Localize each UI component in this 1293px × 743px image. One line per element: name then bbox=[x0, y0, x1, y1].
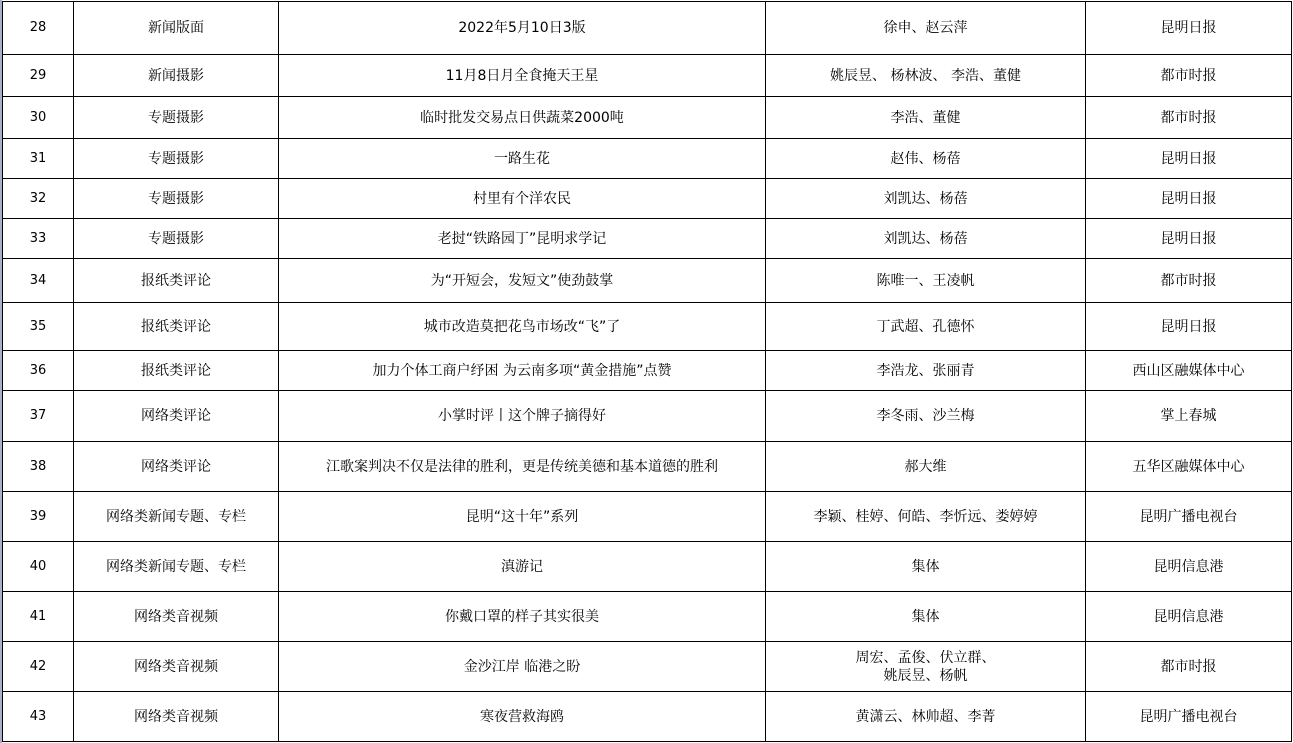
submitting-unit-cell[interactable]: 西山区融媒体中心 bbox=[1086, 351, 1292, 391]
category-cell[interactable]: 网络类评论 bbox=[74, 442, 279, 492]
work-title-cell[interactable]: 江歌案判决不仅是法律的胜利，更是传统美德和基本道德的胜利 bbox=[279, 442, 766, 492]
work-title-cell[interactable]: 金沙江岸 临港之盼 bbox=[279, 642, 766, 692]
table-row: 37网络类评论小掌时评丨这个牌子摘得好李冬雨、沙兰梅掌上春城 bbox=[3, 391, 1292, 442]
table-row: 36报纸类评论加力个体工商户纾困 为云南多项“黄金措施”点赞李浩龙、张丽青西山区… bbox=[3, 351, 1292, 391]
row-number-cell[interactable]: 29 bbox=[3, 55, 74, 97]
table-row: 43网络类音视频寒夜营救海鸥黄潇云、林帅超、李菁昆明广播电视台 bbox=[3, 692, 1292, 742]
table-row: 33专题摄影老挝“铁路园丁”昆明求学记刘凯达、杨蓓昆明日报 bbox=[3, 219, 1292, 259]
category-cell[interactable]: 专题摄影 bbox=[74, 219, 279, 259]
submitting-unit-cell[interactable]: 掌上春城 bbox=[1086, 391, 1292, 442]
authors-cell[interactable]: 集体 bbox=[766, 592, 1086, 642]
category-cell[interactable]: 网络类音视频 bbox=[74, 642, 279, 692]
work-title-cell[interactable]: 寒夜营救海鸥 bbox=[279, 692, 766, 742]
table-row: 30专题摄影临时批发交易点日供蔬菜2000吨李浩、董健都市时报 bbox=[3, 97, 1292, 139]
row-number-cell[interactable]: 43 bbox=[3, 692, 74, 742]
submitting-unit-cell[interactable]: 都市时报 bbox=[1086, 97, 1292, 139]
category-cell[interactable]: 专题摄影 bbox=[74, 139, 279, 179]
submitting-unit-cell[interactable]: 昆明信息港 bbox=[1086, 592, 1292, 642]
row-number-cell[interactable]: 34 bbox=[3, 259, 74, 303]
category-cell[interactable]: 网络类新闻专题、专栏 bbox=[74, 542, 279, 592]
table-row: 29新闻摄影11月8日月全食掩天王星姚辰昱、 杨林波、 李浩、董健都市时报 bbox=[3, 55, 1292, 97]
category-cell[interactable]: 网络类评论 bbox=[74, 391, 279, 442]
authors-cell[interactable]: 徐申、赵云萍 bbox=[766, 2, 1086, 55]
awards-table: 28新闻版面2022年5月10日3版徐申、赵云萍昆明日报29新闻摄影11月8日月… bbox=[2, 1, 1292, 742]
authors-cell[interactable]: 李浩龙、张丽青 bbox=[766, 351, 1086, 391]
work-title-cell[interactable]: 村里有个洋农民 bbox=[279, 179, 766, 219]
table-row: 39网络类新闻专题、专栏昆明“这十年”系列李颖、桂婷、何皓、李忻远、娄婷婷昆明广… bbox=[3, 492, 1292, 542]
submitting-unit-cell[interactable]: 都市时报 bbox=[1086, 259, 1292, 303]
table-row: 38网络类评论江歌案判决不仅是法律的胜利，更是传统美德和基本道德的胜利郝大维五华… bbox=[3, 442, 1292, 492]
work-title-cell[interactable]: 老挝“铁路园丁”昆明求学记 bbox=[279, 219, 766, 259]
category-cell[interactable]: 报纸类评论 bbox=[74, 303, 279, 351]
authors-cell[interactable]: 李浩、董健 bbox=[766, 97, 1086, 139]
work-title-cell[interactable]: 11月8日月全食掩天王星 bbox=[279, 55, 766, 97]
authors-cell[interactable]: 赵伟、杨蓓 bbox=[766, 139, 1086, 179]
category-cell[interactable]: 新闻摄影 bbox=[74, 55, 279, 97]
submitting-unit-cell[interactable]: 昆明日报 bbox=[1086, 219, 1292, 259]
authors-cell[interactable]: 黄潇云、林帅超、李菁 bbox=[766, 692, 1086, 742]
work-title-cell[interactable]: 你戴口罩的样子其实很美 bbox=[279, 592, 766, 642]
table-row: 42网络类音视频金沙江岸 临港之盼周宏、孟俊、伏立群、 姚辰昱、杨帆都市时报 bbox=[3, 642, 1292, 692]
submitting-unit-cell[interactable]: 昆明日报 bbox=[1086, 179, 1292, 219]
submitting-unit-cell[interactable]: 昆明日报 bbox=[1086, 2, 1292, 55]
row-number-cell[interactable]: 39 bbox=[3, 492, 74, 542]
work-title-cell[interactable]: 加力个体工商户纾困 为云南多项“黄金措施”点赞 bbox=[279, 351, 766, 391]
category-cell[interactable]: 报纸类评论 bbox=[74, 351, 279, 391]
row-number-cell[interactable]: 37 bbox=[3, 391, 74, 442]
table-row: 32专题摄影村里有个洋农民刘凯达、杨蓓昆明日报 bbox=[3, 179, 1292, 219]
authors-cell[interactable]: 集体 bbox=[766, 542, 1086, 592]
row-number-cell[interactable]: 33 bbox=[3, 219, 74, 259]
authors-cell[interactable]: 姚辰昱、 杨林波、 李浩、董健 bbox=[766, 55, 1086, 97]
submitting-unit-cell[interactable]: 五华区融媒体中心 bbox=[1086, 442, 1292, 492]
table-row: 40网络类新闻专题、专栏滇游记集体昆明信息港 bbox=[3, 542, 1292, 592]
work-title-cell[interactable]: 临时批发交易点日供蔬菜2000吨 bbox=[279, 97, 766, 139]
authors-cell[interactable]: 丁武超、孔德怀 bbox=[766, 303, 1086, 351]
table-row: 31专题摄影一路生花赵伟、杨蓓昆明日报 bbox=[3, 139, 1292, 179]
authors-cell[interactable]: 刘凯达、杨蓓 bbox=[766, 179, 1086, 219]
authors-cell[interactable]: 周宏、孟俊、伏立群、 姚辰昱、杨帆 bbox=[766, 642, 1086, 692]
authors-cell[interactable]: 李颖、桂婷、何皓、李忻远、娄婷婷 bbox=[766, 492, 1086, 542]
row-number-cell[interactable]: 31 bbox=[3, 139, 74, 179]
authors-cell[interactable]: 刘凯达、杨蓓 bbox=[766, 219, 1086, 259]
category-cell[interactable]: 专题摄影 bbox=[74, 97, 279, 139]
category-cell[interactable]: 网络类音视频 bbox=[74, 692, 279, 742]
table-row: 28新闻版面2022年5月10日3版徐申、赵云萍昆明日报 bbox=[3, 2, 1292, 55]
category-cell[interactable]: 报纸类评论 bbox=[74, 259, 279, 303]
authors-cell[interactable]: 陈唯一、王凌帆 bbox=[766, 259, 1086, 303]
table-row: 34报纸类评论为“开短会，发短文”使劲鼓掌陈唯一、王凌帆都市时报 bbox=[3, 259, 1292, 303]
row-number-cell[interactable]: 42 bbox=[3, 642, 74, 692]
row-number-cell[interactable]: 35 bbox=[3, 303, 74, 351]
category-cell[interactable]: 新闻版面 bbox=[74, 2, 279, 55]
work-title-cell[interactable]: 小掌时评丨这个牌子摘得好 bbox=[279, 391, 766, 442]
submitting-unit-cell[interactable]: 昆明日报 bbox=[1086, 139, 1292, 179]
authors-cell[interactable]: 李冬雨、沙兰梅 bbox=[766, 391, 1086, 442]
row-number-cell[interactable]: 40 bbox=[3, 542, 74, 592]
category-cell[interactable]: 网络类音视频 bbox=[74, 592, 279, 642]
submitting-unit-cell[interactable]: 昆明信息港 bbox=[1086, 542, 1292, 592]
work-title-cell[interactable]: 城市改造莫把花鸟市场改“飞”了 bbox=[279, 303, 766, 351]
work-title-cell[interactable]: 滇游记 bbox=[279, 542, 766, 592]
work-title-cell[interactable]: 一路生花 bbox=[279, 139, 766, 179]
work-title-cell[interactable]: 昆明“这十年”系列 bbox=[279, 492, 766, 542]
row-number-cell[interactable]: 32 bbox=[3, 179, 74, 219]
submitting-unit-cell[interactable]: 都市时报 bbox=[1086, 55, 1292, 97]
submitting-unit-cell[interactable]: 昆明广播电视台 bbox=[1086, 692, 1292, 742]
work-title-cell[interactable]: 为“开短会，发短文”使劲鼓掌 bbox=[279, 259, 766, 303]
row-number-cell[interactable]: 38 bbox=[3, 442, 74, 492]
table-row: 35报纸类评论城市改造莫把花鸟市场改“飞”了丁武超、孔德怀昆明日报 bbox=[3, 303, 1292, 351]
submitting-unit-cell[interactable]: 昆明日报 bbox=[1086, 303, 1292, 351]
table-row: 41网络类音视频你戴口罩的样子其实很美集体昆明信息港 bbox=[3, 592, 1292, 642]
submitting-unit-cell[interactable]: 都市时报 bbox=[1086, 642, 1292, 692]
authors-cell[interactable]: 郝大维 bbox=[766, 442, 1086, 492]
submitting-unit-cell[interactable]: 昆明广播电视台 bbox=[1086, 492, 1292, 542]
row-number-cell[interactable]: 28 bbox=[3, 2, 74, 55]
category-cell[interactable]: 网络类新闻专题、专栏 bbox=[74, 492, 279, 542]
row-number-cell[interactable]: 30 bbox=[3, 97, 74, 139]
work-title-cell[interactable]: 2022年5月10日3版 bbox=[279, 2, 766, 55]
row-number-cell[interactable]: 41 bbox=[3, 592, 74, 642]
row-number-cell[interactable]: 36 bbox=[3, 351, 74, 391]
category-cell[interactable]: 专题摄影 bbox=[74, 179, 279, 219]
